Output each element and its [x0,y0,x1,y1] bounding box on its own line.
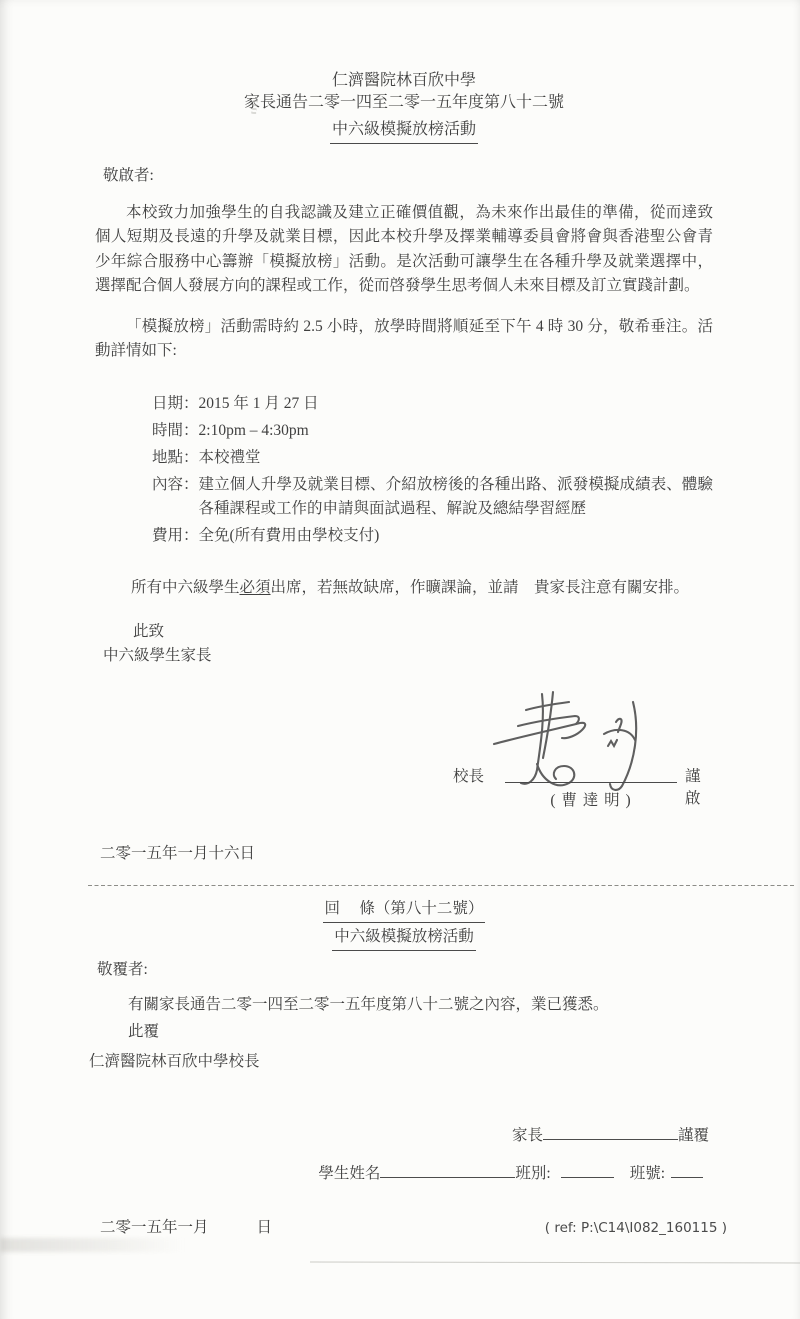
attendance-note: 所有中六級學生必須出席，若無故缺席，作曠課論，並請 貴家長注意有關安排。 [131,576,713,600]
letter-paragraph-1: 本校致力加強學生的自我認識及建立正確價值觀，為未來作出最佳的準備，從而達致個人短… [95,201,713,298]
scanned-notice-page: 仁濟醫院林百欣中學 家長通告二零一四至二零一五年度第八十二號 中六級模擬放榜活動… [0,0,800,1319]
notice-subject: 中六級模擬放榜活動 [330,119,478,144]
detail-row-content: 內容： 建立個人升學及就業目標、介紹放榜後的各種出路、派發模擬成績表、體驗各種課… [152,473,713,521]
principal-signature-line [505,782,677,783]
detail-row-time: 時間： 2:10pm – 4:30pm [152,419,713,443]
reply-date: 二零一五年一月日 [100,1216,272,1240]
detail-value-content: 建立個人升學及就業目標、介紹放榜後的各種出路、派發模擬成績表、體驗各種課程或工作… [199,473,713,521]
notice-header: 仁濟醫院林百欣中學 家長通告二零一四至二零一五年度第八十二號 中六級模擬放榜活動 [95,70,713,144]
student-name-field[interactable] [380,1162,515,1178]
tear-off-dashed-line [88,885,795,887]
principal-name: ( 曹 達 明 ) [499,788,683,810]
reply-slip-subject-row: 中六級模擬放榜活動 [95,926,713,951]
scan-artifact-line [310,1261,800,1263]
student-info-row: 學生姓名 班別: 班號: [95,1162,713,1186]
reply-slip-title: 回 條（第八十二號） [323,898,486,923]
detail-row-fee: 費用： 全免(所有費用由學校支付) [152,524,713,548]
detail-row-date: 日期： 2015 年 1 月 27 日 [152,392,713,416]
class-field[interactable] [561,1162,614,1178]
class-number-field[interactable] [671,1162,703,1178]
reply-date-prefix: 二零一五年一月 [100,1219,209,1236]
reply-date-day-suffix: 日 [257,1219,273,1236]
detail-value-time: 2:10pm – 4:30pm [199,419,713,443]
detail-label-venue: 地點： [152,446,199,470]
reply-closing: 此覆 [128,1020,713,1044]
reply-footer-row: 二零一五年一月日 ( ref: P:\C14\I082_160115 ) [95,1216,727,1240]
parent-signature-row: 家長 謹覆 [95,1124,713,1148]
reply-body: 有關家長通告二零一四至二零一五年度第八十二號之內容，業已獲悉。 [128,993,713,1017]
detail-label-fee: 費用： [152,524,199,548]
page-content: 仁濟醫院林百欣中學 家長通告二零一四至二零一五年度第八十二號 中六級模擬放榜活動… [0,70,800,1240]
class-number-label: 班號: [630,1162,665,1186]
parent-respectfully-label: 謹覆 [678,1124,709,1148]
detail-label-time: 時間： [152,419,199,443]
reply-slip-subject: 中六級模擬放榜活動 [332,926,476,951]
detail-value-fee: 全免(所有費用由學校支付) [199,524,713,548]
letter-addressee: 中六級學生家長 [103,644,713,668]
note-must-emphasis: 必須 [240,579,271,596]
respectfully-label: 謹啟 [685,764,713,808]
detail-value-venue: 本校禮堂 [199,446,713,470]
student-name-label: 學生姓名 [318,1162,380,1186]
detail-label-content: 內容： [152,473,199,521]
note-post: 出席，若無故缺席，作曠課論，並請 貴家長注意有關安排。 [271,579,690,596]
file-reference: ( ref: P:\C14\I082_160115 ) [545,1216,727,1240]
letter-date: 二零一五年一月十六日 [100,842,713,866]
reply-addressee: 仁濟醫院林百欣中學校長 [89,1050,713,1074]
parent-signature-field[interactable] [543,1124,678,1140]
letter-paragraph-2: 「模擬放榜」活動需時約 2.5 小時，放學時間將順延至下午 4 時 30 分，敬… [95,315,713,364]
reply-salutation: 敬覆者: [97,959,713,981]
signature-block: 校長 謹啟 ( 曹 達 明 ) [95,672,713,820]
scan-artifact-smudge [0,1238,185,1252]
event-details-list: 日期： 2015 年 1 月 27 日 時間： 2:10pm – 4:30pm … [152,392,713,548]
principal-label: 校長 [453,764,484,786]
note-pre: 所有中六級學生 [131,579,240,596]
school-name: 仁濟醫院林百欣中學 [95,70,713,92]
detail-label-date: 日期： [152,392,199,416]
detail-value-date: 2015 年 1 月 27 日 [199,392,713,416]
reply-slip-title-row: 回 條（第八十二號） [95,898,713,923]
letter-closing: 此致 [133,620,713,644]
class-label: 班別: [515,1162,550,1186]
parent-label: 家長 [512,1124,543,1148]
notice-number-line: 家長通告二零一四至二零一五年度第八十二號 [95,92,713,114]
detail-row-venue: 地點： 本校禮堂 [152,446,713,470]
letter-salutation: 敬啟者: [103,165,713,187]
